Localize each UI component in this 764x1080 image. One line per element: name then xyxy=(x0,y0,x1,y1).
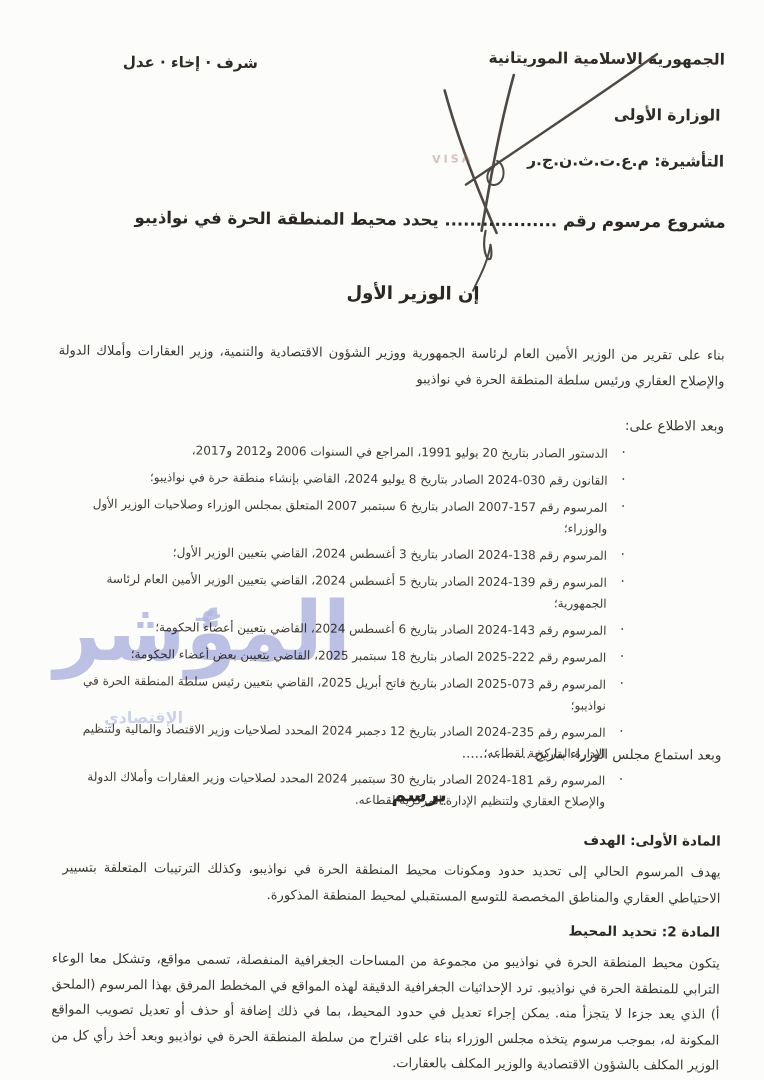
bullet-dot-icon: · xyxy=(620,620,625,641)
bullet-dot-icon: · xyxy=(621,470,626,491)
council-hearing-line: وبعد استماع مجلس الوزراء بتاريخ ........… xyxy=(462,746,722,764)
bullet-dot-icon: · xyxy=(619,722,624,743)
addressee-heading: إن الوزير الأول xyxy=(61,280,764,307)
citation-item: ·المرسوم رقم 157-2007 الصادر بتاريخ 6 سب… xyxy=(77,494,625,540)
document-page: الجمهورية الاسلامية الموريتانية شرف · إخ… xyxy=(0,0,764,1080)
article-1-heading: المادة الأولى: الهدف xyxy=(583,833,721,850)
citation-item: ·المرسوم رقم 138-2024 الصادر بتاريخ 3 أغ… xyxy=(77,542,625,567)
header-republic-line: الجمهورية الاسلامية الموريتانية xyxy=(488,49,725,69)
bullet-dot-icon: · xyxy=(620,572,625,593)
citation-item: ·المرسوم رقم 139-2024 الصادر بتاريخ 5 أغ… xyxy=(77,569,625,615)
review-intro-line: وبعد الاطلاع على: xyxy=(625,418,724,435)
bullet-dot-icon: · xyxy=(620,647,625,668)
bullet-dot-icon: · xyxy=(621,497,626,518)
decree-title: مشروع مرسوم رقم .................. يحدد … xyxy=(44,207,726,231)
preamble-paragraph: بناء على تقرير من الوزير الأمين العام لر… xyxy=(58,338,724,395)
bullet-dot-icon: · xyxy=(621,443,626,464)
header-motto: شرف · إخاء · عدل xyxy=(123,53,258,72)
citation-item: ·المرسوم رقم 222-2025 الصادر بتاريخ 18 س… xyxy=(76,644,624,669)
citation-item: ·المرسوم رقم 073-2025 الصادر بتاريخ فاتح… xyxy=(76,671,624,717)
article-1-body: يهدف المرسوم الحالي إلى تحديد حدود ومكون… xyxy=(62,856,720,913)
citation-item: ·الدستور الصادر بتاريخ 20 يوليو 1991، ال… xyxy=(78,440,626,465)
bullet-dot-icon: · xyxy=(619,674,624,695)
article-2-body: يتكون محيط المنطقة الحرة في نواذيبو من م… xyxy=(51,946,720,1079)
bullet-dot-icon: · xyxy=(621,545,626,566)
citation-item: ·القانون رقم 030-2024 الصادر بتاريخ 8 يو… xyxy=(78,467,626,492)
article-2-heading: المادة 2: تحديد المحيط xyxy=(568,923,720,940)
visa-stamp: VISA xyxy=(432,152,473,166)
header-visa-line: التأشيرة: م.ع.ت.ث.ن.ج.ر xyxy=(527,151,724,171)
scanned-sheet: الجمهورية الاسلامية الموريتانية شرف · إخ… xyxy=(0,0,764,1080)
citation-item: ·المرسوم رقم 143-2024 الصادر بتاريخ 6 أغ… xyxy=(76,617,624,642)
header-ministry-line: الوزارة الأولى xyxy=(614,106,721,125)
